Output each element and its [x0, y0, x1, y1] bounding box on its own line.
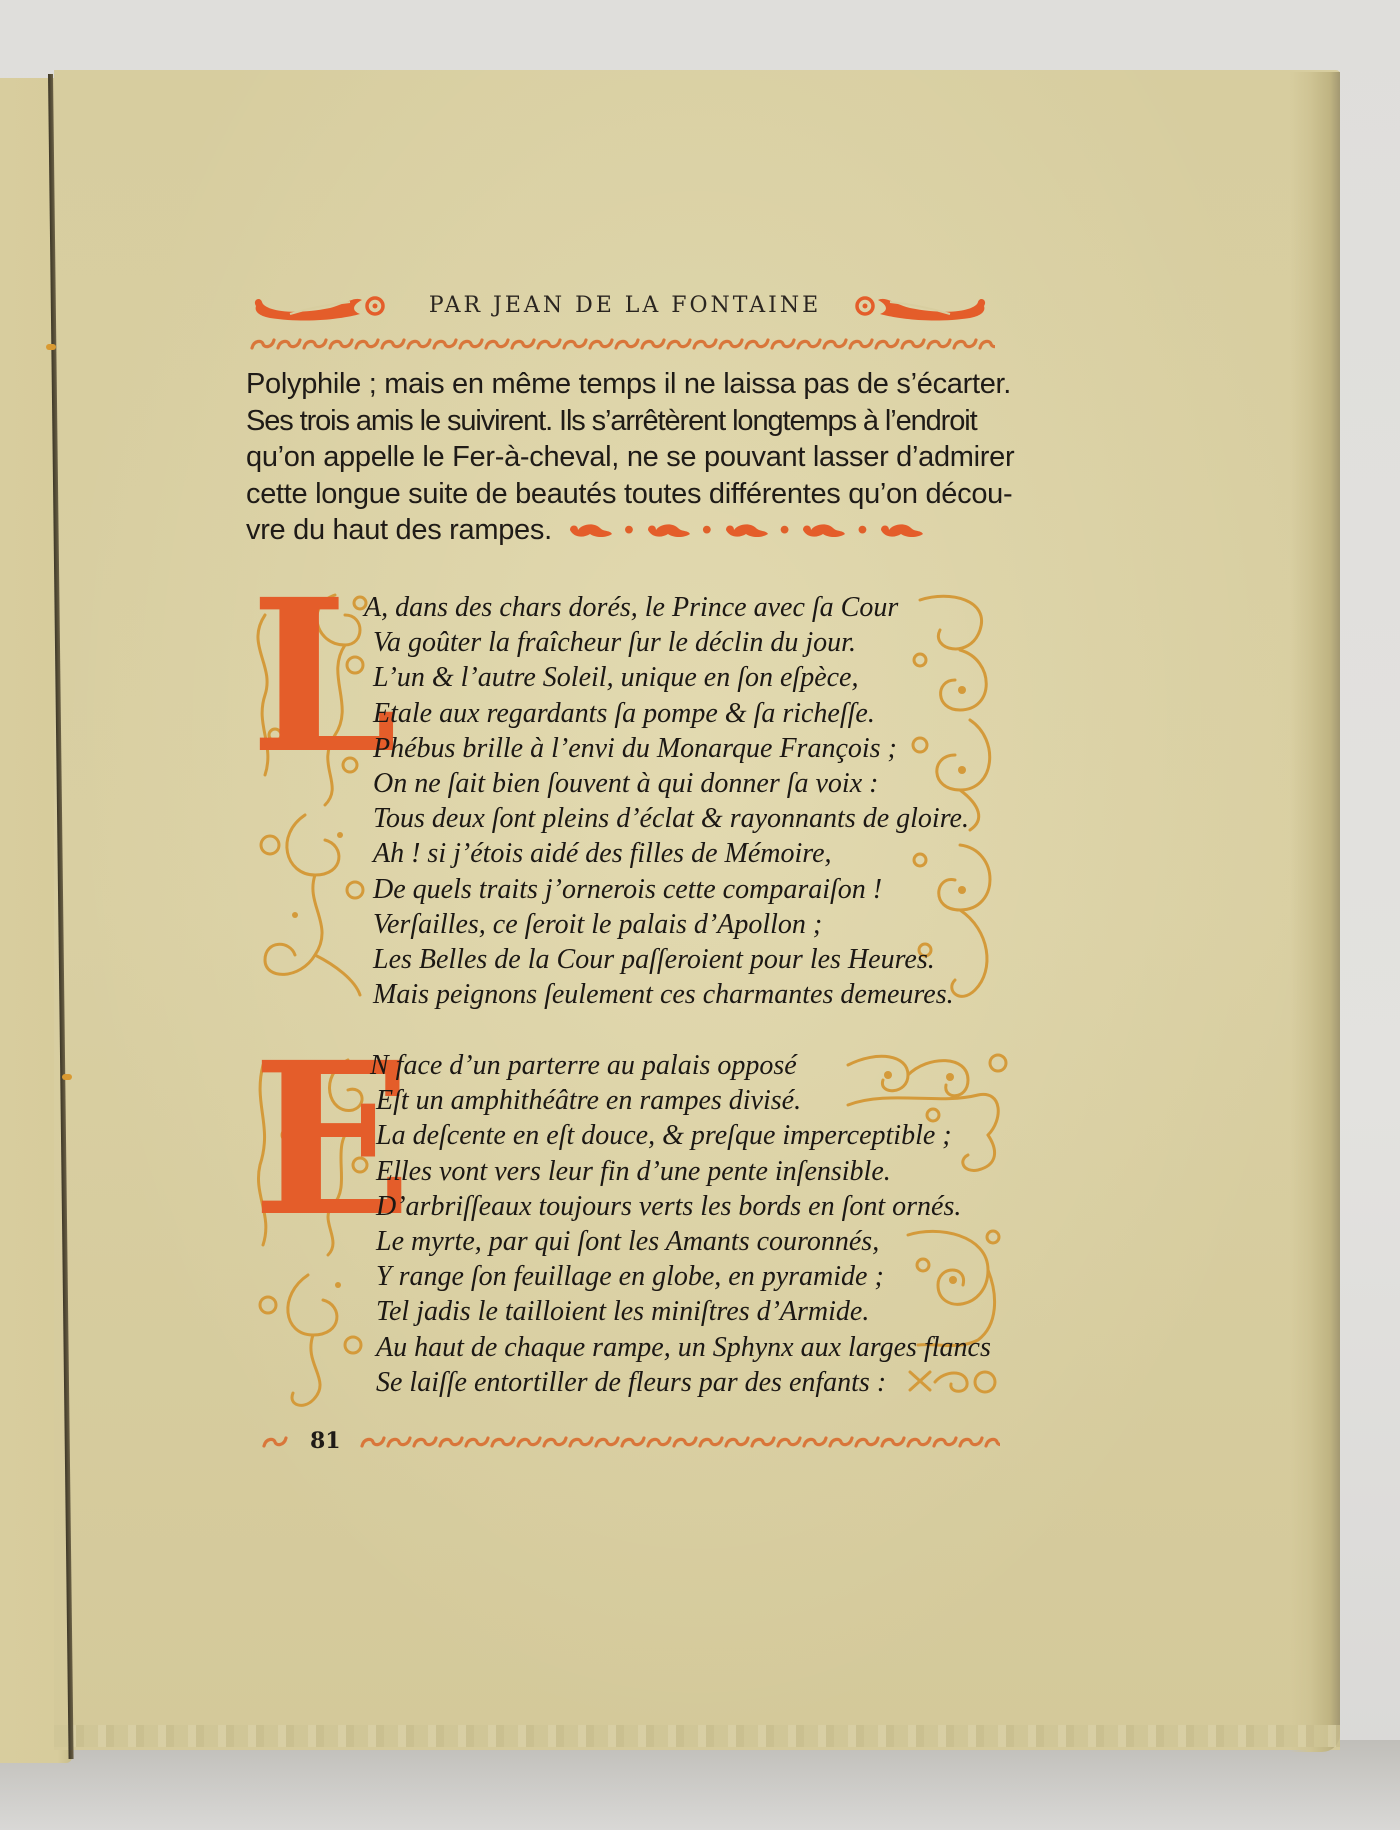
- prose-line: vre du haut des rampes.: [246, 512, 552, 549]
- page-content: PAR JEAN DE LA FONTAINE Polyphile ; mais…: [0, 0, 1400, 1830]
- verse-line: Mais peignons ſeulement ces charmantes d…: [364, 977, 969, 1012]
- verse-line: N face d’un parterre au palais opposé: [370, 1048, 991, 1083]
- leaf-scroll-icon: [250, 290, 390, 326]
- dot-icon: •: [780, 512, 790, 549]
- dolphin-fleuron-icon: [722, 520, 770, 540]
- verse-line: Y range ſon feuillage en globe, en pyram…: [370, 1259, 991, 1294]
- verse-line: Ah ! si j’étois aidé des filles de Mémoi…: [364, 836, 969, 871]
- dot-icon: •: [624, 512, 634, 549]
- verse-line: On ne ſait bien ſouvent à qui donner ſa …: [364, 766, 969, 801]
- running-head: PAR JEAN DE LA FONTAINE: [420, 293, 830, 318]
- prose-last-line: vre du haut des rampes. • • • •: [246, 512, 1006, 549]
- verse-line: Verſailles, ce ſeroit le palais d’Apollo…: [364, 907, 969, 942]
- dolphin-fleuron-icon: [877, 520, 925, 540]
- leaf-scroll-icon: [850, 290, 990, 326]
- verse-line: A, dans des chars dorés, le Prince avec …: [364, 590, 969, 625]
- verse-line: La deſcente en eſt douce, & preſque impe…: [370, 1118, 991, 1153]
- fleuron-row: • • • •: [566, 512, 925, 549]
- verse-line: Tel jadis le tailloient les miniſtres d’…: [370, 1294, 991, 1329]
- verse-line: Se laiſſe entortiller de fleurs par des …: [370, 1365, 991, 1400]
- verse-line: L’un & l’autre Soleil, unique en ſon eſp…: [364, 660, 969, 695]
- verse-line: Le myrte, par qui ſont les Amants couron…: [370, 1224, 991, 1259]
- dolphin-fleuron-icon: [644, 520, 692, 540]
- stanza-1: A, dans des chars dorés, le Prince avec …: [364, 590, 969, 1012]
- prose-line: Ses trois amis le suivirent. Ils s’arrêt…: [246, 403, 1006, 440]
- prose-paragraph: Polyphile ; mais en même temps il ne lai…: [246, 366, 1006, 549]
- dot-icon: •: [702, 512, 712, 549]
- verse-line: Etale aux regardants ſa pompe & ſa riche…: [364, 696, 969, 731]
- verse-line: Les Belles de la Cour paſſeroient pour l…: [364, 942, 969, 977]
- verse-line: Tous deux ſont pleins d’éclat & rayonnan…: [364, 801, 969, 836]
- stanza-2: N face d’un parterre au palais opposé Eſ…: [370, 1048, 991, 1400]
- verse-line: Elles vont vers leur fin d’une pente inſ…: [370, 1154, 991, 1189]
- prose-line: Polyphile ; mais en même temps il ne lai…: [246, 366, 1006, 403]
- verse-line: D’arbriſſeaux toujours verts les bords e…: [370, 1189, 991, 1224]
- prose-line: cette longue suite de beautés toutes dif…: [246, 476, 1006, 513]
- page-number: 81: [310, 1428, 341, 1454]
- verse-line: Au haut de chaque rampe, un Sphynx aux l…: [370, 1330, 991, 1365]
- prose-line: qu’on appelle le Fer-à-cheval, ne se pou…: [246, 439, 1006, 476]
- dot-icon: •: [857, 512, 867, 549]
- verse-line: Phébus brille à l’envi du Monarque Franç…: [364, 731, 969, 766]
- wave-meander-band: [360, 1434, 1000, 1450]
- dolphin-fleuron-icon: [566, 520, 614, 540]
- wave-meander-band: [250, 336, 995, 352]
- verse-line: Eſt un amphithéâtre en rampes divisé.: [370, 1083, 991, 1118]
- verse-line: De quels traits j’ornerois cette compara…: [364, 872, 969, 907]
- dolphin-fleuron-icon: [799, 520, 847, 540]
- verse-line: Va goûter la fraîcheur ſur le déclin du …: [364, 625, 969, 660]
- wave-meander-icon: [262, 1434, 290, 1450]
